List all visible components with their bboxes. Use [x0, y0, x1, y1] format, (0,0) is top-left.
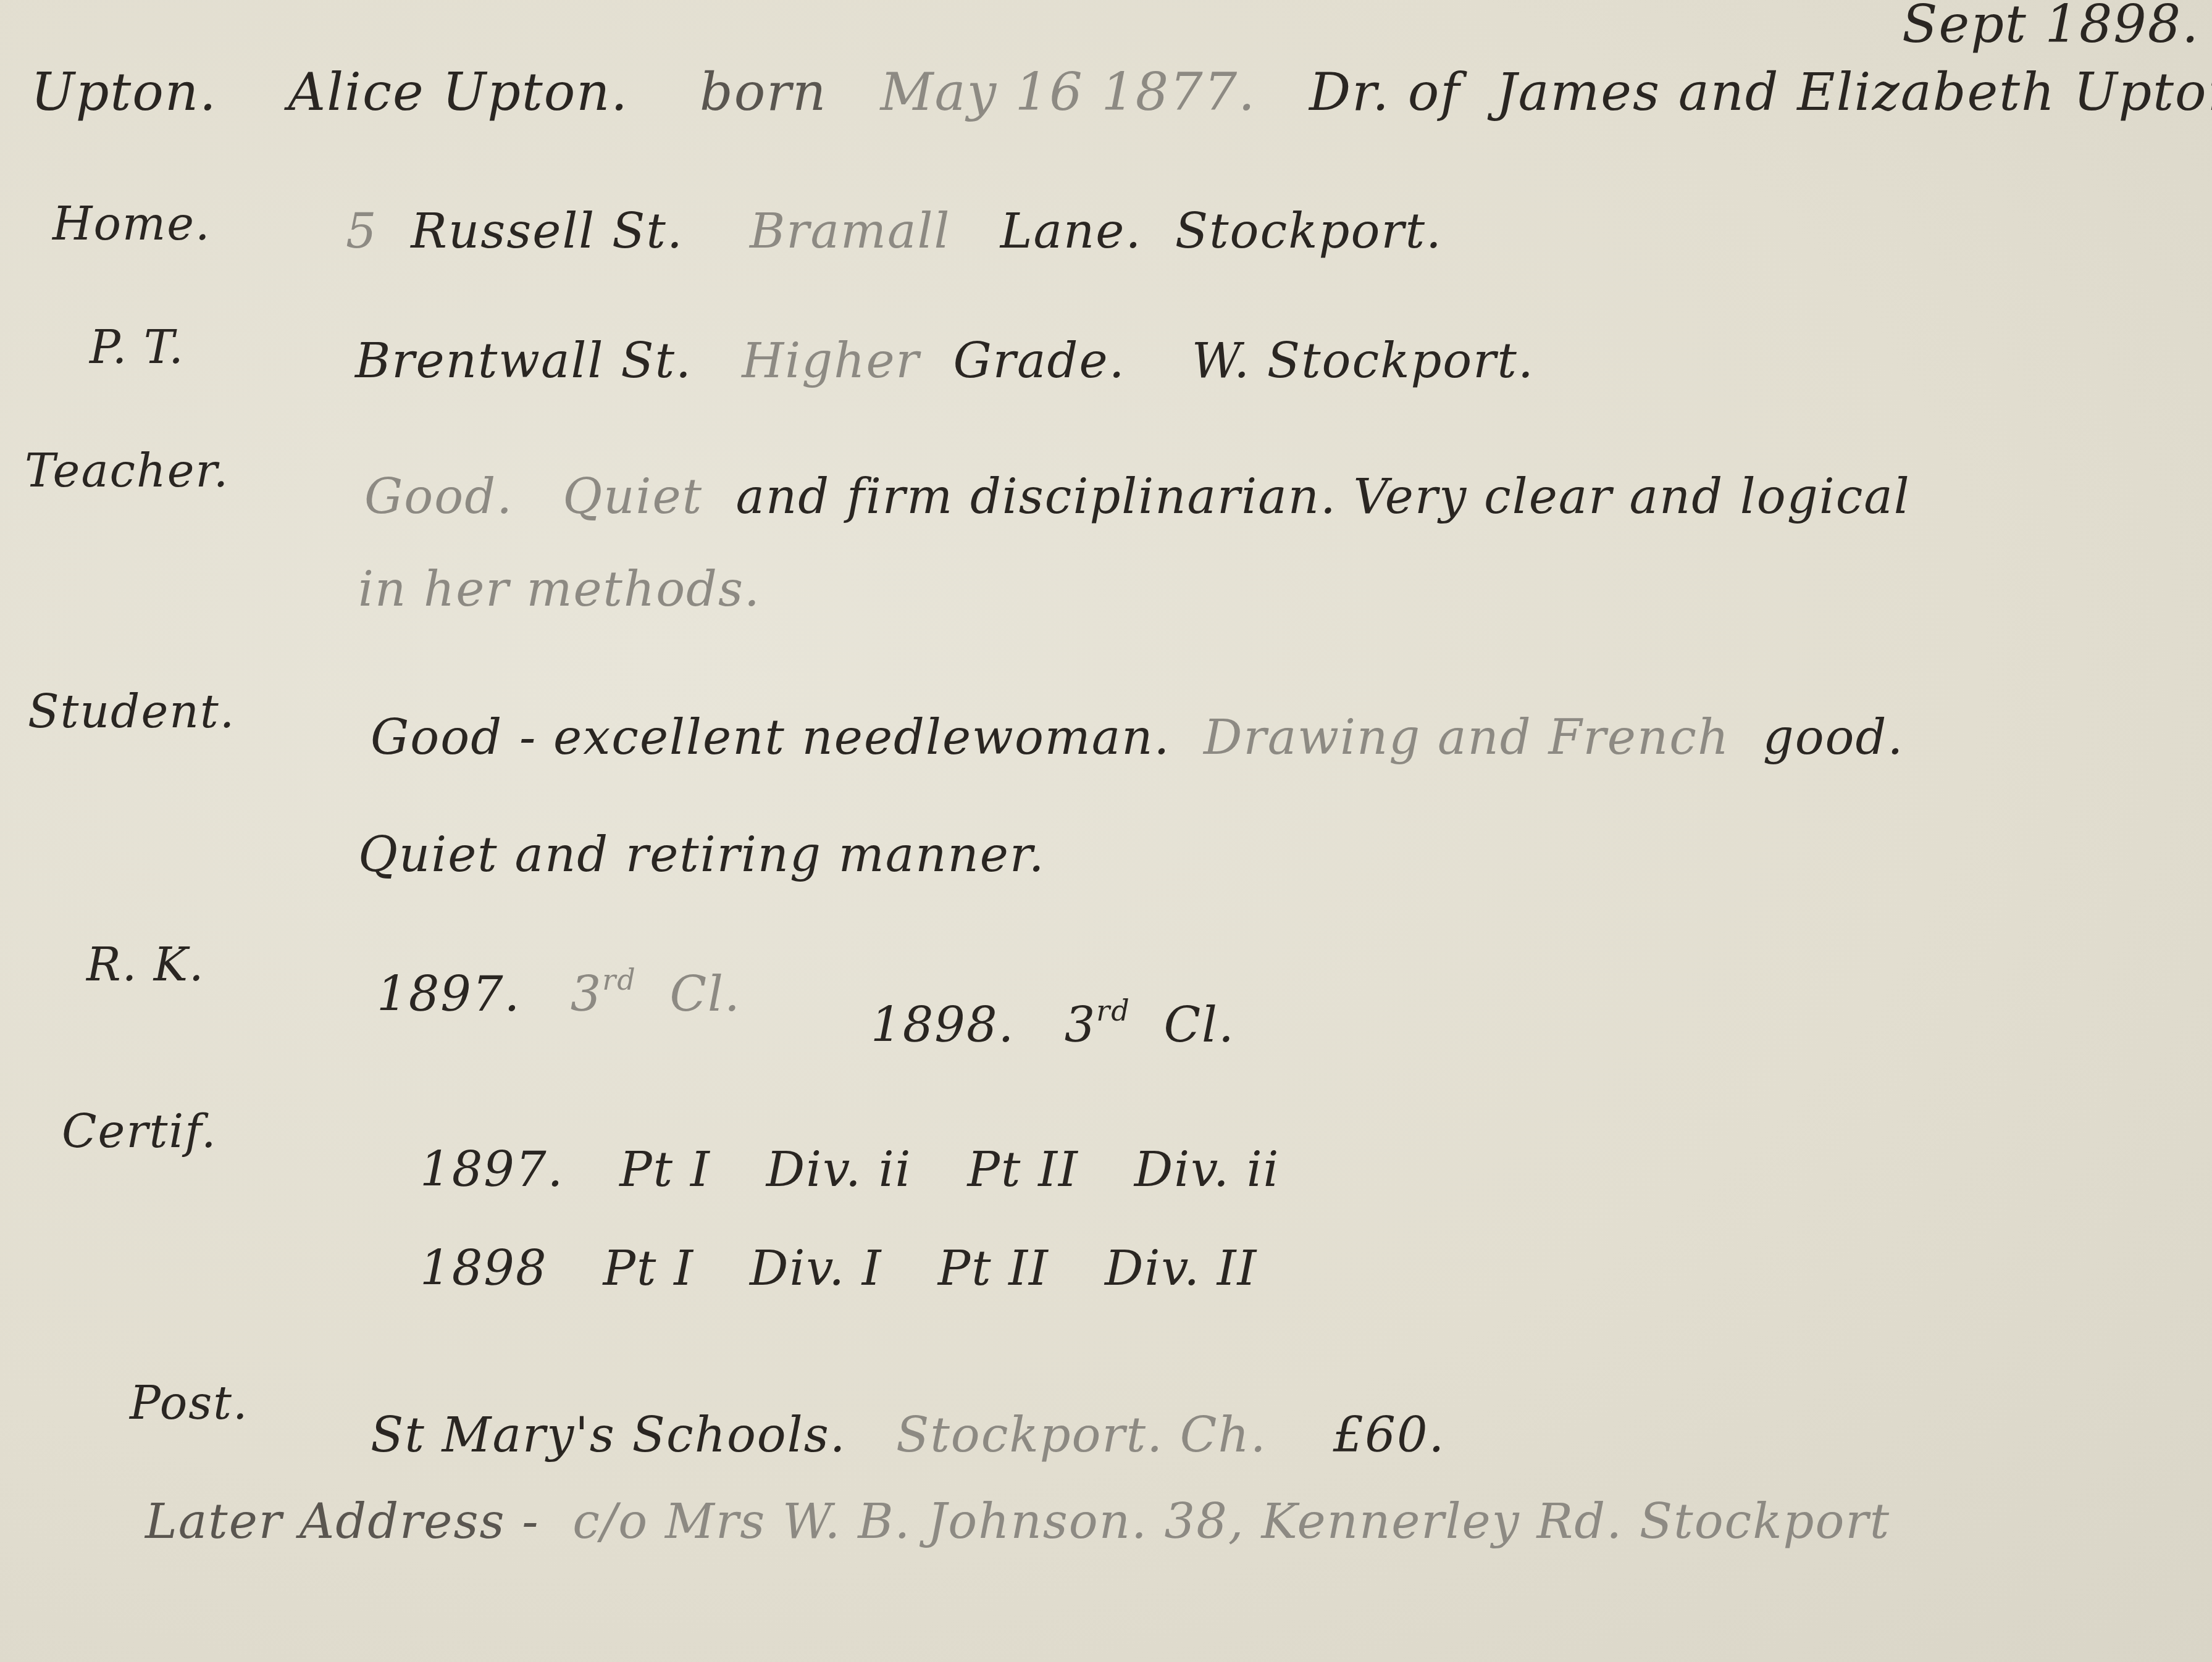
home-label: Home. [52, 198, 211, 251]
rk-label: R. K. [86, 938, 205, 992]
student-needlework: Good - excellent needlewoman. [371, 710, 1170, 766]
rk-class-label: Cl. [1163, 998, 1234, 1053]
teacher-good: Good. [364, 469, 513, 525]
later-address-line: Later Address - c/o Mrs W. B. Johnson. 3… [145, 1494, 1890, 1550]
rk-class-sup: rd [1096, 994, 1130, 1027]
certif-row-1897: 1897. Pt I Div. ii Pt II Div. ii [420, 1142, 1280, 1198]
certif-label: Certif. [62, 1105, 217, 1158]
pt-town: W. Stockport. [1192, 333, 1535, 389]
pt-school-line: Brentwall St. Higher Grade. W. Stockport… [355, 333, 1535, 389]
student-line-1: Good - excellent needlewoman. Drawing an… [371, 710, 1904, 766]
rk-class-label: Cl. [669, 967, 740, 1022]
certif-pt2: Pt II [938, 1241, 1049, 1297]
rk-entry-1898: 1898. 3rd Cl. [871, 994, 1235, 1053]
pt-school: Brentwall St. [355, 333, 692, 389]
rk-class-num: 3 [1065, 998, 1097, 1053]
rk-entry-1997: 1897. 3rd Cl. [377, 963, 741, 1022]
teacher-line-1: Good. Quiet and firm disciplinarian. Ver… [364, 469, 1911, 525]
student-line-2: Quiet and retiring manner. [358, 827, 1045, 883]
student-label: Student. [28, 685, 235, 738]
teacher-quiet: Quiet [563, 469, 703, 525]
rk-class-num: 3 [571, 967, 603, 1022]
pt-grade: Higher [742, 333, 920, 389]
post-label: Post. [130, 1377, 249, 1430]
later-address-label: Later Address - [145, 1494, 540, 1550]
home-number: 5 [346, 204, 378, 259]
rk-class-sup: rd [602, 963, 636, 996]
post-town: Stockport. Ch. [896, 1408, 1267, 1463]
certif-pt1: Pt I [603, 1241, 694, 1297]
home-town: Stockport. [1175, 204, 1443, 259]
post-salary: £60. [1333, 1408, 1446, 1463]
teacher-label: Teacher. [25, 445, 229, 498]
pt-label: P. T. [90, 321, 185, 374]
certif-pt2: Pt II [968, 1142, 1079, 1198]
certif-year: 1897. [420, 1142, 564, 1198]
record-page: Sept 1898. Upton. Alice Upton. born May … [0, 0, 2212, 1662]
parent-prefix: Dr. of [1309, 62, 1460, 122]
student-good: good. [1763, 710, 1904, 766]
teacher-comment: and firm disciplinarian. Very clear and … [736, 469, 1911, 525]
parents: James and Elizabeth Upton. [1496, 62, 2212, 122]
home-area2: Lane. [1000, 204, 1142, 259]
later-address-value: c/o Mrs W. B. Johnson. 38, Kennerley Rd.… [572, 1494, 1890, 1550]
post-school: St Mary's Schools. [371, 1408, 847, 1463]
pt-grade2: Grade. [953, 333, 1125, 389]
home-street: Russell St. [411, 204, 683, 259]
full-name: Alice Upton. [288, 62, 629, 122]
certif-div1: Div. ii [766, 1142, 912, 1198]
certif-row-1898: 1898 Pt I Div. I Pt II Div. II [420, 1241, 1257, 1297]
certif-div1: Div. I [750, 1241, 882, 1297]
student-drawing-french: Drawing and French [1204, 710, 1730, 766]
surname: Upton. [31, 62, 217, 122]
header-line: Upton. Alice Upton. born May 16 1877. Dr… [31, 62, 2212, 122]
birth-date: May 16 1877. [881, 62, 1256, 122]
rk-year: 1897. [377, 967, 521, 1022]
home-address: 5 Russell St. Bramall Lane. Stockport. [346, 204, 1443, 259]
rk-year: 1898. [871, 998, 1015, 1053]
record-date: Sept 1898. [1902, 0, 2200, 54]
certif-pt1: Pt I [619, 1142, 710, 1198]
born-label: born [700, 62, 827, 122]
certif-div2: Div. II [1105, 1241, 1258, 1297]
post-line: St Mary's Schools. Stockport. Ch. £60. [371, 1408, 1445, 1463]
home-area: Bramall [750, 204, 950, 259]
certif-div2: Div. ii [1134, 1142, 1280, 1198]
certif-year: 1898 [420, 1241, 548, 1297]
teacher-line-2: in her methods. [358, 562, 761, 617]
